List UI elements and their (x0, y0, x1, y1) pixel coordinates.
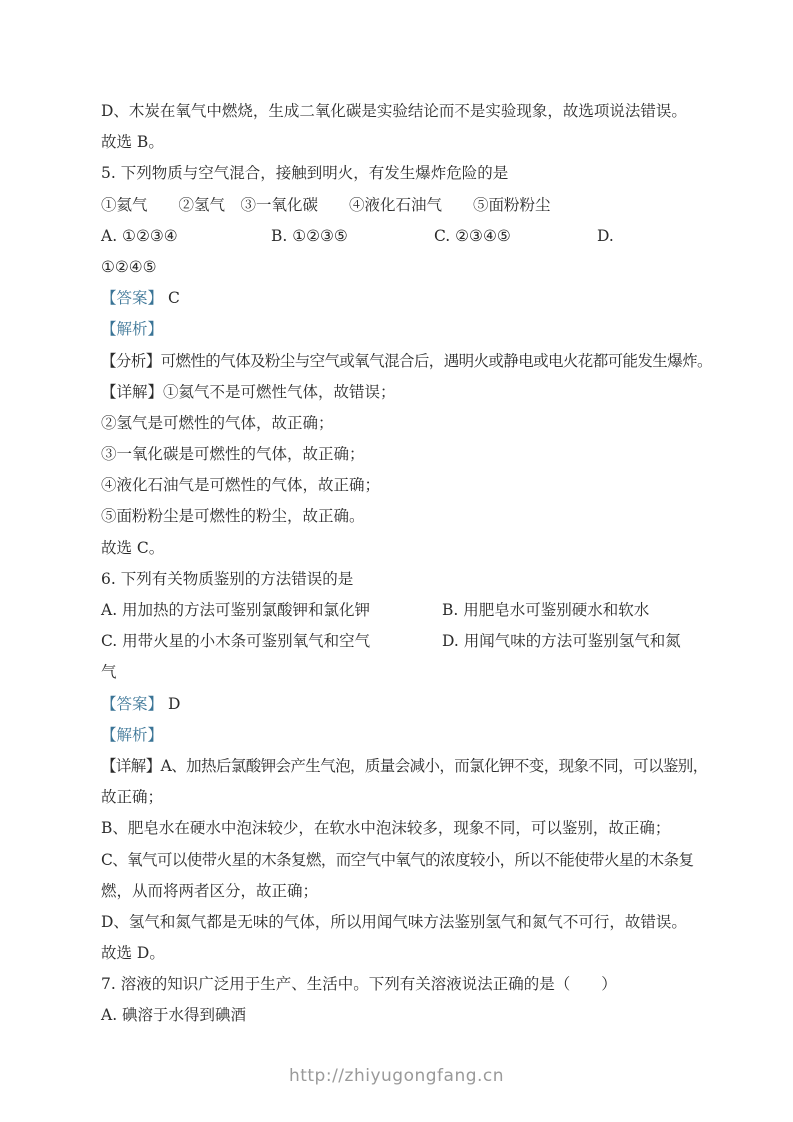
q5-options-row: A. ①②③④ B. ①②③⑤ C. ②③④⑤ D. (101, 221, 713, 252)
q5-detail-line: ②氢气是可燃性的气体，故正确； (101, 408, 713, 439)
q5-stem: 5. 下列物质与空气混合，接触到明火，有发生爆炸危险的是 (101, 158, 713, 189)
q6-detail-line: 燃，从而将两者区分，故正确； (101, 876, 713, 907)
q6-conclusion: 故选 D。 (101, 938, 713, 969)
q4-detail-option-d: D、木炭在氧气中燃烧，生成二氧化碳是实验结论而不是实验现象，故选项说法错误。 (101, 96, 713, 127)
q6-detail-line: 【详解】A、加热后氯酸钾会产生气泡，质量会减小，而氯化钾不变，现象不同，可以鉴别… (101, 751, 713, 782)
q6-answer-value: D (168, 695, 180, 713)
q5-option-d-continued: ①②④⑤ (101, 252, 713, 283)
q6-options-row-2: C. 用带火星的小木条可鉴别氧气和空气 D. 用闻气味的方法可鉴别氢气和氮 (101, 626, 713, 657)
footer-url: http://zhiyugongfang.cn (0, 1066, 793, 1086)
q6-options-row-1: A. 用加热的方法可鉴别氯酸钾和氯化钾 B. 用肥皂水可鉴别硬水和软水 (101, 595, 713, 626)
q6-analysis-label: 【解析】 (101, 726, 163, 744)
q5-option-c: C. ②③④⑤ (434, 221, 597, 252)
q6-option-d: D. 用闻气味的方法可鉴别氢气和氮 (442, 626, 713, 657)
q5-detail-line: ④液化石油气是可燃性的气体，故正确； (101, 470, 713, 501)
q5-answer-value: C (168, 289, 180, 307)
q5-option-b: B. ①②③⑤ (271, 221, 434, 252)
q6-option-a: A. 用加热的方法可鉴别氯酸钾和氯化钾 (101, 595, 442, 626)
q6-option-d-wrap: 气 (101, 657, 713, 688)
q6-detail-line: 故正确； (101, 782, 713, 813)
q7-option-a: A. 碘溶于水得到碘酒 (101, 1000, 713, 1031)
q5-analysis-label: 【解析】 (101, 320, 163, 338)
q5-detail-line: 【详解】①氦气不是可燃性气体，故错误； (101, 377, 713, 408)
q6-detail-line: B、肥皂水在硬水中泡沫较少，在软水中泡沫较多，现象不同，可以鉴别，故正确； (101, 813, 713, 844)
q5-conclusion: 故选 C。 (101, 533, 713, 564)
q5-analysis-note: 【分析】可燃性的气体及粉尘与空气或氧气混合后，遇明火或静电或电火花都可能发生爆炸… (101, 346, 713, 377)
q5-answer-label: 【答案】 (101, 289, 163, 307)
q5-option-d: D. (597, 221, 713, 252)
q6-answer-line: 【答案】D (101, 689, 713, 720)
q6-detail-line: D、氢气和氮气都是无味的气体，所以用闻气味方法鉴别氢气和氮气不可行，故错误。 (101, 907, 713, 938)
q6-analysis-header: 【解析】 (101, 720, 713, 751)
q6-option-b: B. 用肥皂水可鉴别硬水和软水 (442, 595, 713, 626)
q4-conclusion: 故选 B。 (101, 127, 713, 158)
q5-answer-line: 【答案】C (101, 283, 713, 314)
q5-numbered-items: ①氦气 ②氢气 ③一氧化碳 ④液化石油气 ⑤面粉粉尘 (101, 190, 713, 221)
exam-answer-page: D、木炭在氧气中燃烧，生成二氧化碳是实验结论而不是实验现象，故选项说法错误。 故… (0, 0, 793, 1122)
q6-detail-line: C、氧气可以使带火星的木条复燃，而空气中氧气的浓度较小，所以不能使带火星的木条复 (101, 845, 713, 876)
q6-answer-label: 【答案】 (101, 695, 163, 713)
q5-detail-line: ⑤面粉粉尘是可燃性的粉尘，故正确。 (101, 501, 713, 532)
document-content: D、木炭在氧气中燃烧，生成二氧化碳是实验结论而不是实验现象，故选项说法错误。 故… (101, 96, 713, 1032)
q5-detail-line: ③一氧化碳是可燃性的气体，故正确； (101, 439, 713, 470)
q7-stem: 7. 溶液的知识广泛用于生产、生活中。下列有关溶液说法正确的是（ ） (101, 969, 713, 1000)
q5-analysis-header: 【解析】 (101, 314, 713, 345)
q6-option-c: C. 用带火星的小木条可鉴别氧气和空气 (101, 626, 442, 657)
q5-option-a: A. ①②③④ (101, 221, 271, 252)
q6-stem: 6. 下列有关物质鉴别的方法错误的是 (101, 564, 713, 595)
